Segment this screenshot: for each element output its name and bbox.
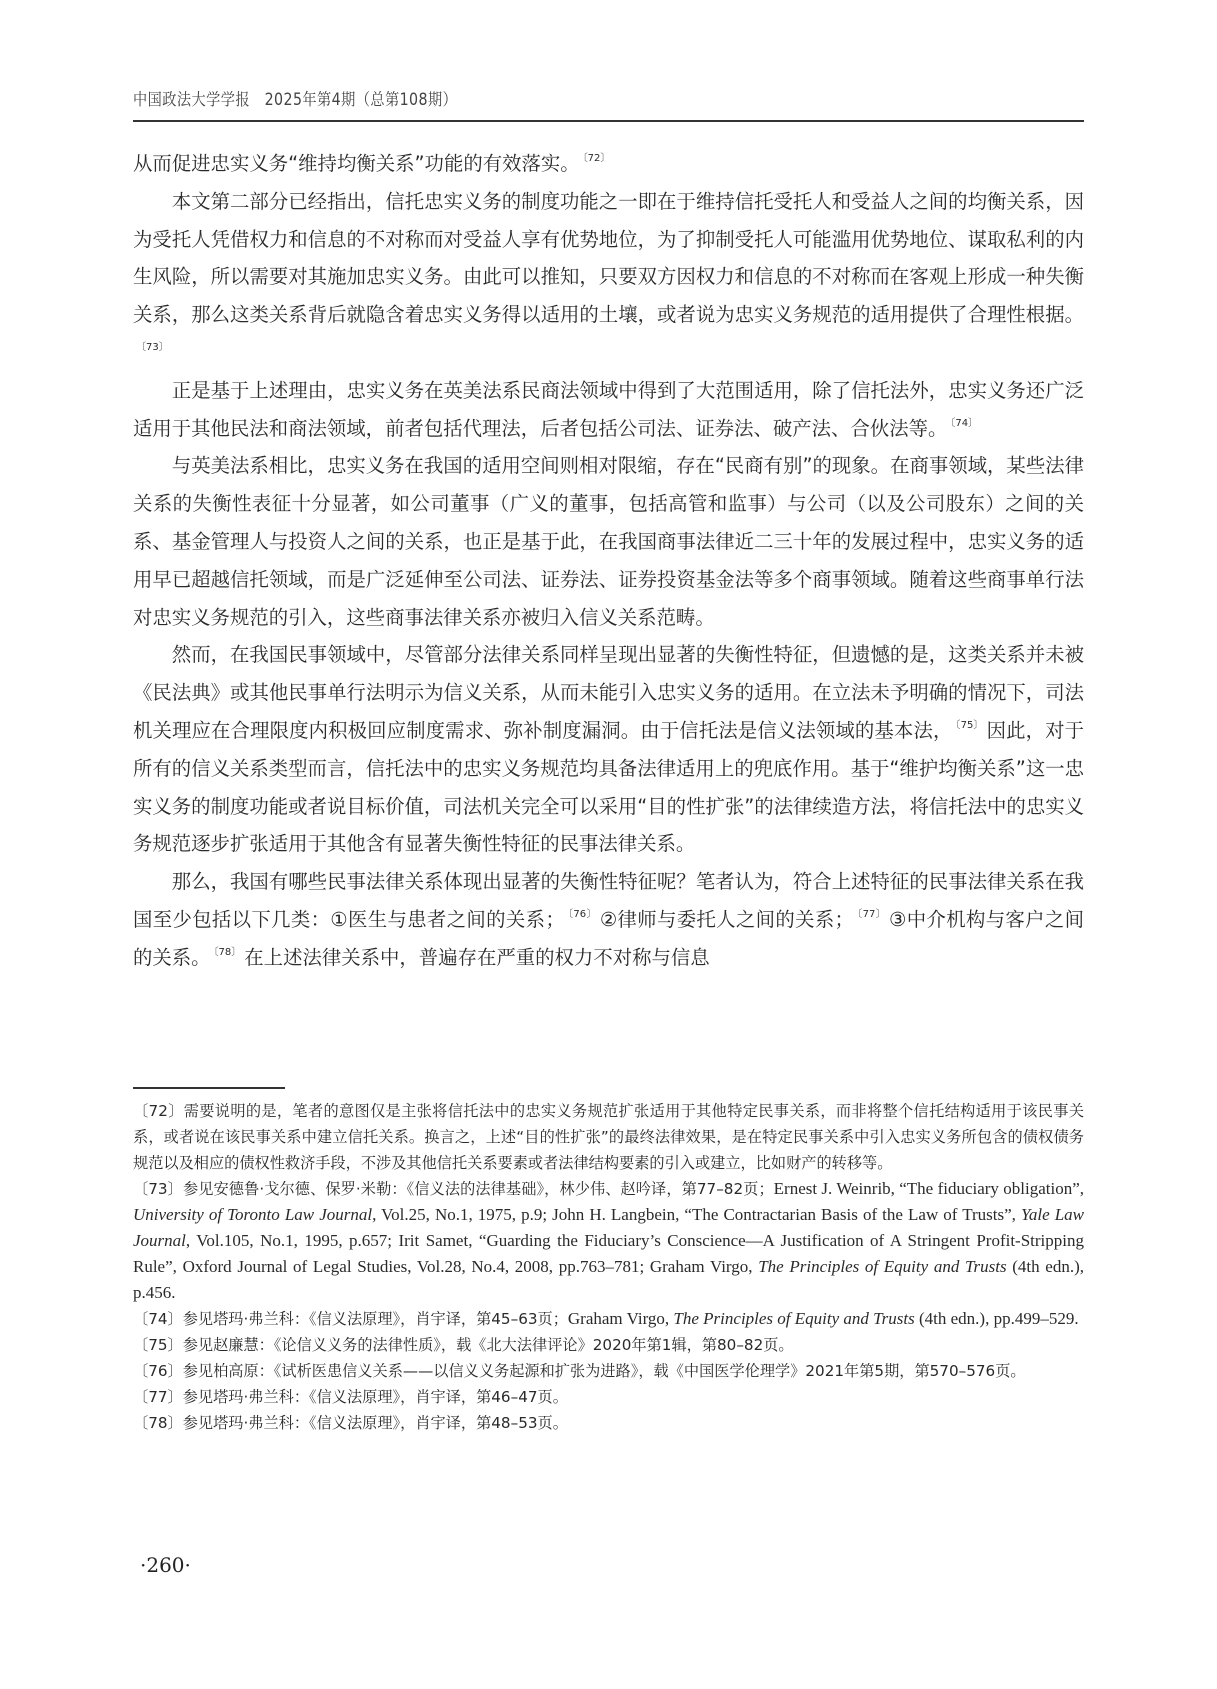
italic-title: The Principles of Equity and Trusts	[673, 1309, 914, 1328]
footnote-ref[interactable]: 〔78〕	[214, 947, 242, 958]
text-run: 与英美法系相比，忠实义务在我国的适用空间则相对限缩，存在“民商有别”的现象。在商…	[133, 454, 1084, 628]
text-run: 参见塔玛·弗兰科：《信义法原理》，肖宇译，第48–53页。	[183, 1414, 568, 1432]
body-paragraph: 本文第二部分已经指出，信托忠实义务的制度功能之一即在于维持信托受托人和受益人之间…	[133, 183, 1084, 372]
text-run: 参见塔玛·弗兰科：《信义法原理》，肖宇译，第45–63页；	[183, 1310, 568, 1328]
latin-text: (4th edn.), pp.499–529.	[915, 1309, 1079, 1328]
footnote: 〔72〕需要说明的是，笔者的意图仅是主张将信托法中的忠实义务规范扩张适用于其他特…	[133, 1098, 1084, 1176]
footnote: 〔75〕参见赵廉慧：《论信义义务的法律性质》，载《北大法律评论》2020年第1辑…	[133, 1332, 1084, 1358]
footnote-ref[interactable]: 〔73〕	[136, 342, 169, 353]
header-rule	[133, 120, 1084, 122]
text-run: 本文第二部分已经指出，信托忠实义务的制度功能之一即在于维持信托受托人和受益人之间…	[133, 190, 1084, 326]
text-run: 在上述法律关系中，普遍存在严重的权力不对称与信息	[244, 946, 709, 969]
footnote-ref[interactable]: 〔77〕	[857, 909, 886, 920]
footnote-number: 〔74〕	[133, 1310, 183, 1328]
latin-text: Ernest J. Weinrib, “The fiduciary obliga…	[774, 1179, 1084, 1198]
text-run: 参见柏高原：《试析医患信义关系——以信义义务起源和扩张为进路》，载《中国医学伦理…	[183, 1362, 1026, 1380]
footnote-number: 〔78〕	[133, 1414, 183, 1432]
footnote: 〔74〕参见塔玛·弗兰科：《信义法原理》，肖宇译，第45–63页；Graham …	[133, 1306, 1084, 1332]
footnote-number: 〔76〕	[133, 1362, 183, 1380]
body-text: 从而促进忠实义务“维持均衡关系”功能的有效落实。〔72〕本文第二部分已经指出，信…	[133, 145, 1084, 977]
text-run: ②律师与委托人之间的关系；	[600, 908, 854, 931]
running-head: 中国政法大学学报 2025年第4期（总第108期）	[133, 86, 457, 110]
footnote-ref[interactable]: 〔75〕	[955, 720, 983, 731]
footnote-number: 〔75〕	[133, 1336, 183, 1354]
italic-title: University of Toronto Law Journal	[133, 1205, 372, 1224]
italic-title: The Principles of Equity and Trusts	[758, 1257, 1006, 1276]
footnote-ref[interactable]: 〔76〕	[568, 909, 597, 920]
journal-page: 中国政法大学学报 2025年第4期（总第108期） 从而促进忠实义务“维持均衡关…	[0, 0, 1217, 1689]
text-run: 参见安德鲁·戈尔德、保罗·米勒：《信义法的法律基础》，林少伟、赵吟译，第77–8…	[183, 1180, 774, 1198]
footnote-ref[interactable]: 〔72〕	[583, 153, 611, 164]
text-run: 参见塔玛·弗兰科：《信义法原理》，肖宇译，第46–47页。	[183, 1388, 568, 1406]
text-run: 需要说明的是，笔者的意图仅是主张将信托法中的忠实义务规范扩张适用于其他特定民事关…	[133, 1102, 1084, 1172]
footnote: 〔73〕参见安德鲁·戈尔德、保罗·米勒：《信义法的法律基础》，林少伟、赵吟译，第…	[133, 1176, 1084, 1306]
text-run: 从而促进忠实义务“维持均衡关系”功能的有效落实。	[133, 152, 580, 175]
body-paragraph: 然而，在我国民事领域中，尽管部分法律关系同样呈现出显著的失衡性特征，但遗憾的是，…	[133, 636, 1084, 863]
footnote-number: 〔72〕	[133, 1102, 184, 1120]
latin-text: Graham Virgo,	[568, 1309, 674, 1328]
footnote-number: 〔73〕	[133, 1180, 183, 1198]
body-paragraph: 从而促进忠实义务“维持均衡关系”功能的有效落实。〔72〕	[133, 145, 1084, 183]
page-number: ·260·	[140, 1553, 191, 1577]
body-paragraph: 那么，我国有哪些民事法律关系体现出显著的失衡性特征呢？笔者认为，符合上述特征的民…	[133, 863, 1084, 976]
latin-text: , Vol.25, No.1, 1975, p.9; John H. Langb…	[372, 1205, 1021, 1224]
footnote: 〔77〕参见塔玛·弗兰科：《信义法原理》，肖宇译，第46–47页。	[133, 1384, 1084, 1410]
footnote: 〔76〕参见柏高原：《试析医患信义关系——以信义义务起源和扩张为进路》，载《中国…	[133, 1358, 1084, 1384]
footnote-ref[interactable]: 〔74〕	[950, 418, 978, 429]
text-run: 然而，在我国民事领域中，尽管部分法律关系同样呈现出显著的失衡性特征，但遗憾的是，…	[133, 643, 1084, 742]
footnotes: 〔72〕需要说明的是，笔者的意图仅是主张将信托法中的忠实义务规范扩张适用于其他特…	[133, 1098, 1084, 1436]
footnote: 〔78〕参见塔玛·弗兰科：《信义法原理》，肖宇译，第48–53页。	[133, 1410, 1084, 1436]
footnote-number: 〔77〕	[133, 1388, 183, 1406]
body-paragraph: 与英美法系相比，忠实义务在我国的适用空间则相对限缩，存在“民商有别”的现象。在商…	[133, 447, 1084, 636]
footnote-separator	[133, 1087, 285, 1089]
text-run: 参见赵廉慧：《论信义义务的法律性质》，载《北大法律评论》2020年第1辑，第80…	[183, 1336, 794, 1354]
text-run: 正是基于上述理由，忠实义务在英美法系民商法领域中得到了大范围适用，除了信托法外，…	[133, 379, 1084, 440]
body-paragraph: 正是基于上述理由，忠实义务在英美法系民商法领域中得到了大范围适用，除了信托法外，…	[133, 372, 1084, 448]
